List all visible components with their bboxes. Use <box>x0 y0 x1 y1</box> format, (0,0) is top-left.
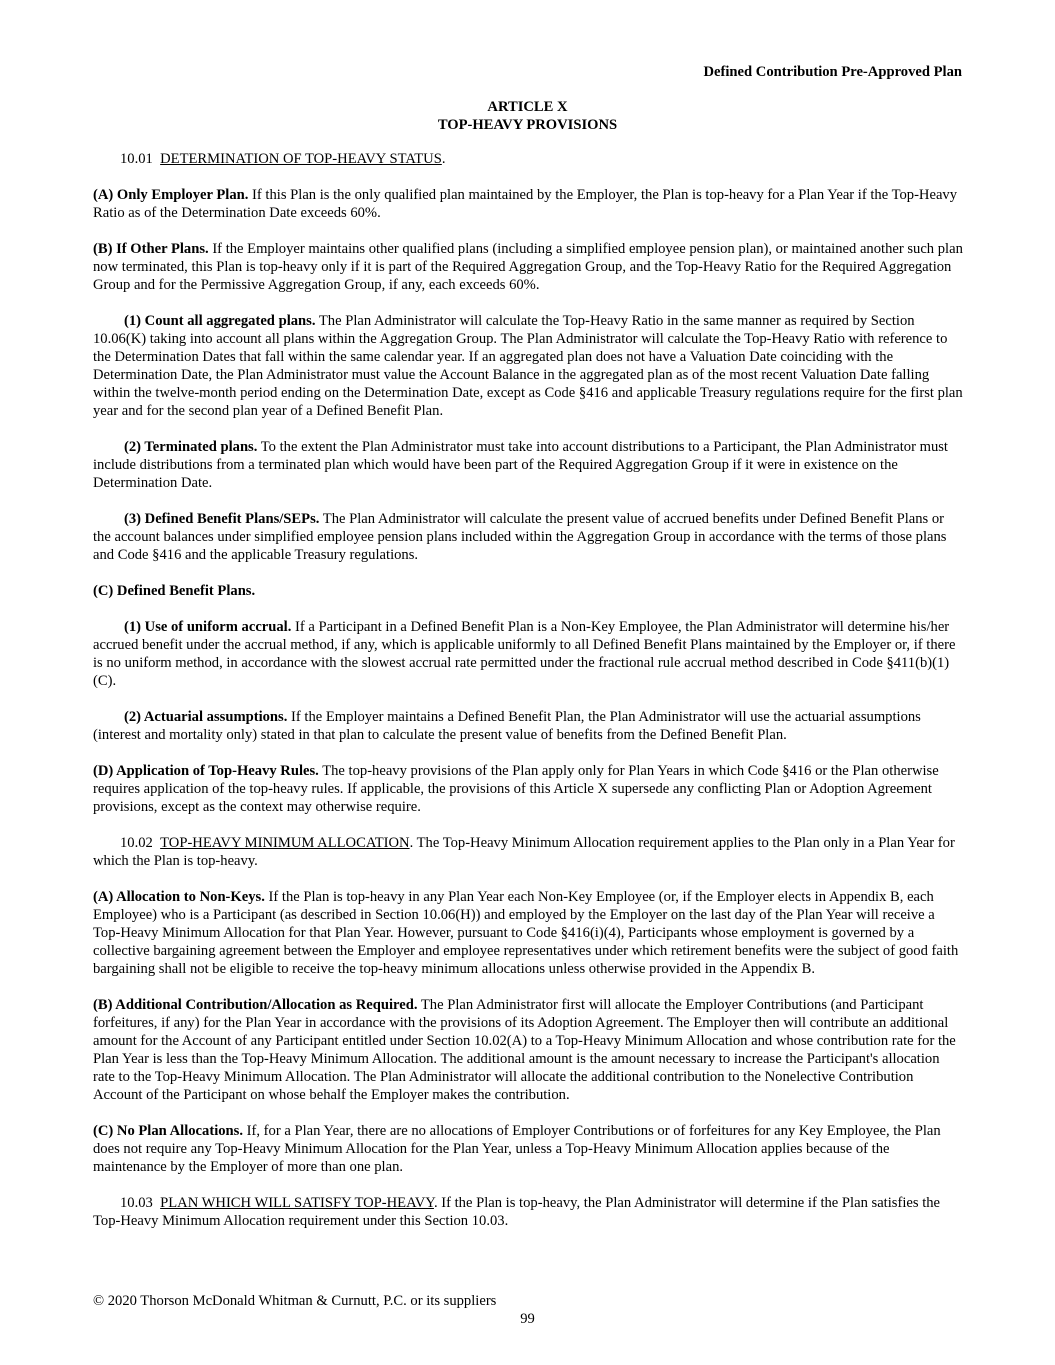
paragraph-10-01-b-3: (3) Defined Benefit Plans/SEPs. The Plan… <box>93 510 965 564</box>
paragraph-10-01-b: (B) If Other Plans. If the Employer main… <box>93 240 965 294</box>
article-title: TOP-HEAVY PROVISIONS <box>0 116 1055 134</box>
paragraph-10-01-c-2: (2) Actuarial assumptions. If the Employ… <box>93 708 965 744</box>
paragraph-label: (1) Use of uniform accrual. <box>124 619 291 635</box>
section-10-02-heading: 10.02 TOP-HEAVY MINIMUM ALLOCATION. The … <box>93 834 965 870</box>
article-body: 10.01 DETERMINATION OF TOP-HEAVY STATUS.… <box>93 150 965 1230</box>
paragraph-10-01-b-2: (2) Terminated plans. To the extent the … <box>93 438 965 492</box>
footer-copyright: © 2020 Thorson McDonald Whitman & Curnut… <box>93 1293 496 1310</box>
page-number: 99 <box>0 1310 1055 1328</box>
paragraph-label: (2) Actuarial assumptions. <box>124 709 287 725</box>
paragraph-10-02-c: (C) No Plan Allocations. If, for a Plan … <box>93 1122 965 1176</box>
paragraph-label: (B) If Other Plans. <box>93 241 209 257</box>
paragraph-label: (B) Additional Contribution/Allocation a… <box>93 997 418 1013</box>
paragraph-label: (C) No Plan Allocations. <box>93 1123 243 1139</box>
paragraph-label: (3) Defined Benefit Plans/SEPs. <box>124 511 319 527</box>
paragraph-label: (C) Defined Benefit Plans. <box>93 583 255 599</box>
section-number: 10.01 <box>120 151 153 167</box>
paragraph-text: If the Employer maintains other qualifie… <box>93 241 963 293</box>
paragraph-10-01-b-1: (1) Count all aggregated plans. The Plan… <box>93 312 965 420</box>
paragraph-label: (A) Allocation to Non-Keys. <box>93 889 265 905</box>
section-title: TOP-HEAVY MINIMUM ALLOCATION <box>160 835 409 851</box>
paragraph-10-01-a: (A) Only Employer Plan. If this Plan is … <box>93 186 965 222</box>
paragraph-label: (D) Application of Top-Heavy Rules. <box>93 763 319 779</box>
paragraph-10-01-c: (C) Defined Benefit Plans. <box>93 582 965 600</box>
section-10-03-heading: 10.03 PLAN WHICH WILL SATISFY TOP-HEAVY.… <box>93 1194 965 1230</box>
paragraph-10-01-c-1: (1) Use of uniform accrual. If a Partici… <box>93 618 965 690</box>
document-page: Defined Contribution Pre-Approved Plan A… <box>0 0 1055 1365</box>
section-number: 10.03 <box>120 1195 153 1211</box>
section-10-01-heading: 10.01 DETERMINATION OF TOP-HEAVY STATUS. <box>93 150 965 168</box>
paragraph-label: (A) Only Employer Plan. <box>93 187 248 203</box>
paragraph-10-01-d: (D) Application of Top-Heavy Rules. The … <box>93 762 965 816</box>
paragraph-label: (1) Count all aggregated plans. <box>124 313 316 329</box>
paragraph-10-02-a: (A) Allocation to Non-Keys. If the Plan … <box>93 888 965 978</box>
section-number: 10.02 <box>120 835 153 851</box>
section-title: PLAN WHICH WILL SATISFY TOP-HEAVY <box>160 1195 434 1211</box>
article-heading: ARTICLE X TOP-HEAVY PROVISIONS <box>0 98 1055 134</box>
paragraph-10-02-b: (B) Additional Contribution/Allocation a… <box>93 996 965 1104</box>
running-header: Defined Contribution Pre-Approved Plan <box>703 63 962 81</box>
paragraph-label: (2) Terminated plans. <box>124 439 257 455</box>
article-number: ARTICLE X <box>0 98 1055 116</box>
section-title: DETERMINATION OF TOP-HEAVY STATUS <box>160 151 442 167</box>
